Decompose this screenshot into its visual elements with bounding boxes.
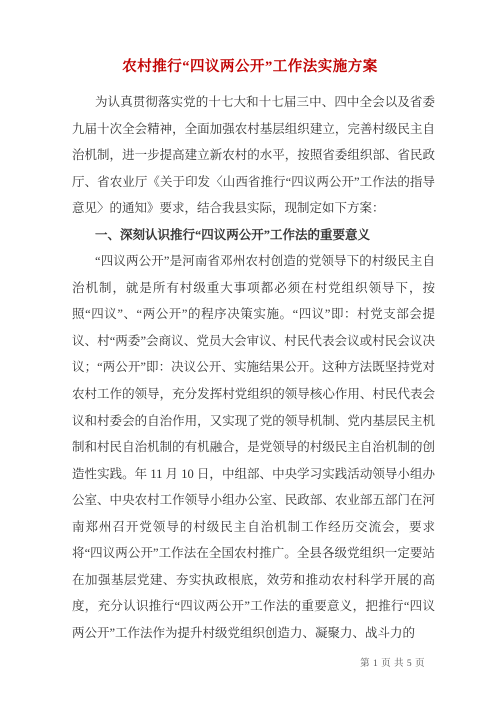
section-heading: 一、深刻认识推行“四议两公开”工作法的重要意义 xyxy=(72,222,435,249)
paragraph: “四议两公开”是河南省邓州农村创造的党领导下的村级民主自治机制，就是所有村级重大… xyxy=(72,248,435,646)
paragraph: 为认真贯彻落实党的十七大和十七届三中、四中全会以及省委九届十次全会精神，全面加强… xyxy=(72,89,435,222)
document-page: 农村推行“四议两公开”工作法实施方案 为认真贯彻落实党的十七大和十七届三中、四中… xyxy=(0,0,500,707)
document-title: 农村推行“四议两公开”工作法实施方案 xyxy=(0,55,500,76)
document-body: 为认真贯彻落实党的十七大和十七届三中、四中全会以及省委九届十次全会精神，全面加强… xyxy=(72,89,435,646)
page-footer: 第 1 页 共 5 页 xyxy=(360,655,425,669)
